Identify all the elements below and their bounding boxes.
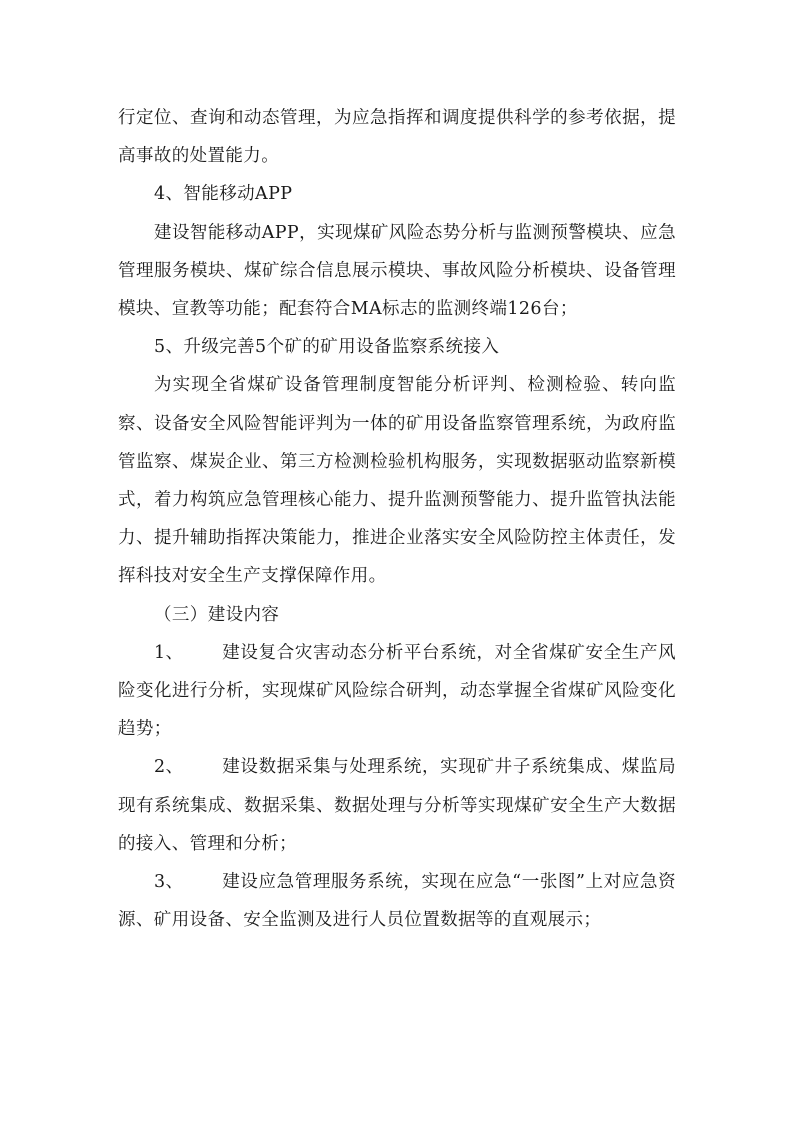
- section-heading-construction-content: （三）建设内容: [118, 596, 676, 634]
- numbered-item-3: 3、建设应急管理服务系统，实现在应急“一张图”上对应急资源、矿用设备、安全监测及…: [118, 863, 676, 939]
- numbered-item-2: 2、建设数据采集与处理系统，实现矿井子系统集成、煤监局现有系统集成、数据采集、数…: [118, 748, 676, 863]
- heading-smart-mobile-app: 4、智能移动APP: [118, 175, 676, 213]
- continuation-paragraph: 行定位、查询和动态管理，为应急指挥和调度提供科学的参考依据，提高事故的处置能力。: [118, 99, 676, 175]
- item-number: 2、: [154, 748, 222, 786]
- numbered-item-1: 1、建设复合灾害动态分析平台系统，对全省煤矿安全生产风险变化进行分析，实现煤矿风…: [118, 634, 676, 749]
- body-paragraph-supervision: 为实现全省煤矿设备管理制度智能分析评判、检测检验、转向监察、设备安全风险智能评判…: [118, 366, 676, 595]
- heading-equipment-supervision: 5、升级完善5个矿的矿用设备监察系统接入: [118, 328, 676, 366]
- item-number: 1、: [154, 634, 222, 672]
- body-paragraph-app: 建设智能移动APP，实现煤矿风险态势分析与监测预警模块、应急管理服务模块、煤矿综…: [118, 214, 676, 329]
- item-number: 3、: [154, 863, 222, 901]
- document-page: 行定位、查询和动态管理，为应急指挥和调度提供科学的参考依据，提高事故的处置能力。…: [118, 99, 676, 939]
